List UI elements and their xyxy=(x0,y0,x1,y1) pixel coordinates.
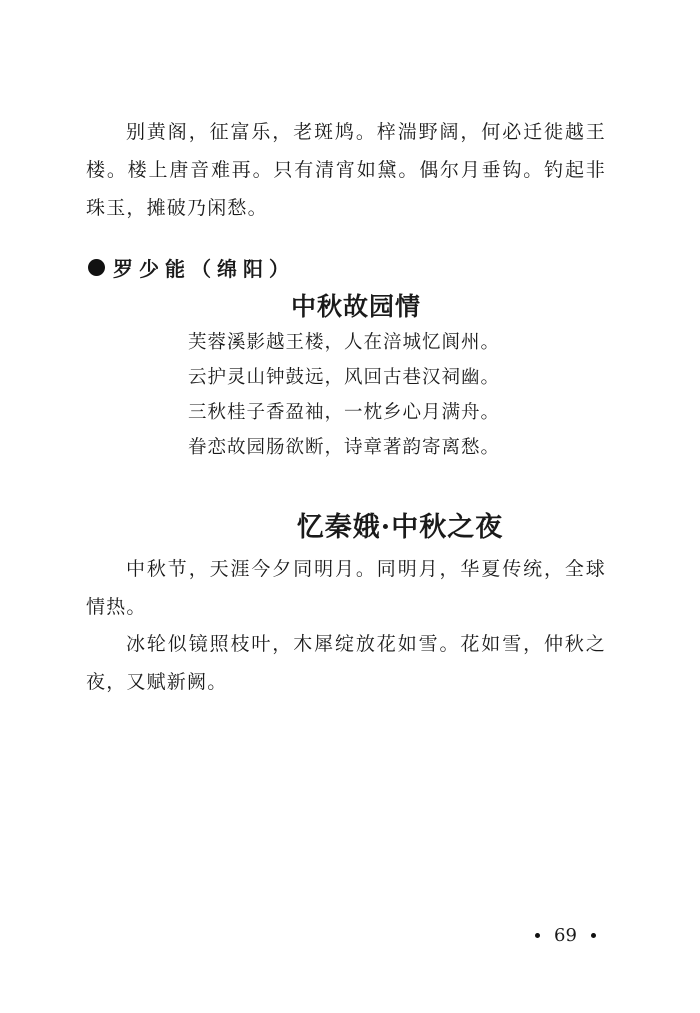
author-name: 罗少能（绵阳） xyxy=(113,253,295,282)
ci-stanza: 中秋节，天涯今夕同明月。同明月，华夏传统，全球情热。 xyxy=(86,550,606,626)
page-number: 69 xyxy=(535,925,596,946)
dot-icon xyxy=(535,933,540,938)
ci-title: 忆秦娥·中秋之夜 xyxy=(0,505,700,544)
poem-line: 眷恋故园肠欲断，诗章著韵寄离愁。 xyxy=(188,430,500,465)
page-number-text: 69 xyxy=(554,925,577,946)
author-heading: 罗少能（绵阳） xyxy=(88,253,295,282)
dot-icon xyxy=(591,933,596,938)
book-page: 别黄阁，征富乐，老斑鸠。梓湍野阔，何必迁徙越王楼。楼上唐音难再。只有清宵如黛。偶… xyxy=(0,0,700,1013)
ci-stanza: 冰轮似镜照枝叶，木犀绽放花如雪。花如雪，仲秋之夜，又赋新阙。 xyxy=(86,625,606,701)
poem-body: 芙蓉溪影越王楼，人在涪城忆阆州。 云护灵山钟鼓远，风回古巷汉祠幽。 三秋桂子香盈… xyxy=(188,325,500,465)
bullet-icon xyxy=(88,259,105,276)
poem-line: 云护灵山钟鼓远，风回古巷汉祠幽。 xyxy=(188,360,500,395)
continuation-paragraph: 别黄阁，征富乐，老斑鸠。梓湍野阔，何必迁徙越王楼。楼上唐音难再。只有清宵如黛。偶… xyxy=(86,113,606,227)
poem-line: 三秋桂子香盈袖，一枕乡心月满舟。 xyxy=(188,395,500,430)
poem-title: 中秋故园情 xyxy=(0,287,700,323)
poem-line: 芙蓉溪影越王楼，人在涪城忆阆州。 xyxy=(188,325,500,360)
